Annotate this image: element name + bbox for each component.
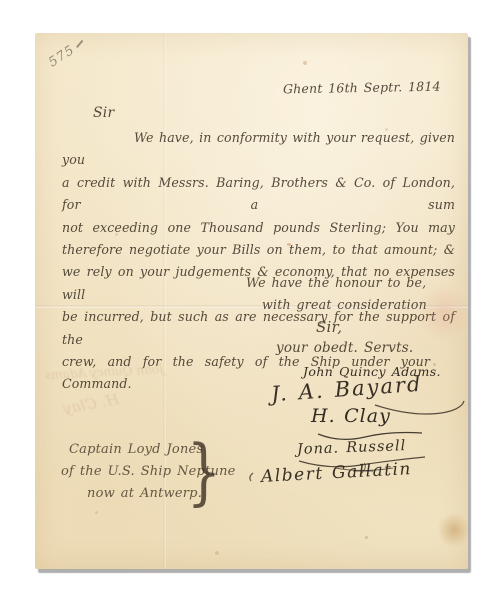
foxing-spot: [303, 61, 307, 65]
closing-line: Sir,: [316, 318, 342, 336]
closing-line: with great consideration: [262, 297, 427, 312]
body-line: a credit with Messrs. Baring, Brothers &…: [62, 172, 455, 217]
dateline: Ghent 16th Septr. 1814: [283, 79, 441, 97]
body-line: We have, in conformity with your request…: [62, 127, 455, 172]
foxing-spot: [115, 233, 118, 236]
foxing-spot: [385, 128, 388, 131]
body-line: not exceeding one Thousand pounds Sterli…: [62, 217, 455, 239]
signature-h-clay: H. Clay: [311, 405, 391, 427]
foxing-spot: [365, 536, 368, 539]
catalog-inscription: 575: [46, 43, 78, 71]
foxing-spot: [433, 363, 436, 366]
letter-page: John Quincy Adams H. Clay 575 Ghent 16th…: [35, 33, 468, 569]
body-line: therefore negotiate your Bills on them, …: [62, 239, 455, 261]
address-line: now at Antwerp.: [87, 486, 202, 501]
signature-jona-russell: Jona. Russell: [297, 438, 407, 458]
foxing-spot: [287, 243, 291, 246]
salutation: Sir: [93, 105, 114, 121]
closing-line: We have the honour to be,: [246, 275, 426, 290]
foxing-spot: [215, 551, 219, 555]
scan-background: { "annotations": { "catalog_number": "57…: [0, 0, 501, 600]
address-brace: }: [187, 433, 222, 509]
signature-albert-gallatin: Albert Gallatin: [261, 459, 413, 487]
pencil-tick-mark: [76, 40, 83, 48]
stain: [438, 513, 470, 547]
closing-line: your obedt. Servts.: [276, 340, 413, 356]
foxing-spot: [95, 511, 98, 514]
address-line: Captain Loyd Jones: [69, 442, 203, 457]
